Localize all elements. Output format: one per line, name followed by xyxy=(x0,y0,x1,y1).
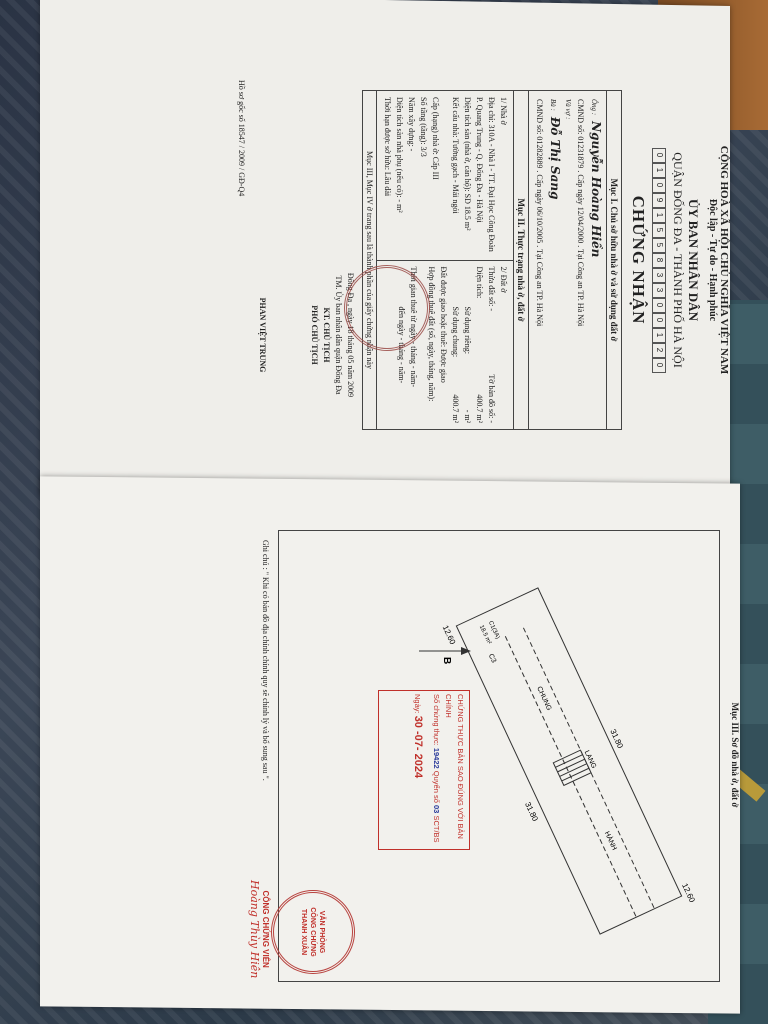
certificate-digit: 1 xyxy=(652,163,666,178)
svg-text:12.60: 12.60 xyxy=(441,624,458,646)
map-sheet: Tờ bản đồ số: - xyxy=(485,374,497,423)
house-address-2: P. Quang Trung - Q. Đống Đa - Hà Nội xyxy=(473,97,485,254)
allocation: Đất được giao hoặc thuê: Được giao xyxy=(437,267,449,424)
land-heading: 2/ Đất ở xyxy=(497,267,509,424)
certificate-digit: 9 xyxy=(652,193,666,208)
svg-text:12.60: 12.60 xyxy=(680,882,697,904)
shared-use: Sử dụng chung: xyxy=(449,307,461,358)
notary-role: CÔNG CHỨNG VIÊN xyxy=(261,880,270,978)
motto: Độc lập - Tự do - Hạnh phúc xyxy=(707,40,718,480)
section-3-title: Mục III. Sơ đồ nhà ở, đất ở xyxy=(730,530,740,980)
dossier-number: Hồ sơ gốc số 18547 / 2009 / GĐ-Q4 xyxy=(237,80,246,480)
certificate-digit: 1 xyxy=(652,328,666,343)
section-2: Mục II. Thực trạng nhà ở, đất ở 1/ Nhà ở… xyxy=(362,90,528,430)
plan-note: Ghi chú : " Khi có bản đồ địa chính chín… xyxy=(261,540,270,781)
svg-text:C3: C3 xyxy=(487,653,497,664)
ownership-term: Thời hạn được sở hữu: Lâu dài xyxy=(381,97,393,254)
page-title: CHỨNG NHẬN xyxy=(628,40,648,480)
svg-text:31.80: 31.80 xyxy=(608,728,625,750)
section-1-title: Mục I. Chủ sở hữu nhà ở và sử dụng đất ở xyxy=(606,91,621,429)
on-behalf: TM. Ủy ban nhân dân quận Đống Đa xyxy=(332,190,344,480)
office-line-1: VĂN PHÒNG xyxy=(318,907,327,956)
page-1-content: CỘNG HOÀ XÃ HỘI CHỦ NGHĨA VIỆT NAM Độc l… xyxy=(140,40,730,480)
section-1: Mục I. Chủ sở hữu nhà ở và sử dụng đất ở… xyxy=(528,90,622,430)
svg-text:CHUNG: CHUNG xyxy=(535,686,552,712)
area-value: 400.7 m² xyxy=(473,394,485,423)
book-suffix: SCT/BS xyxy=(432,815,441,842)
house-heading: 1/ Nhà ở xyxy=(497,97,509,254)
house-info: 1/ Nhà ở Địa chỉ: 310A - Nhà I - TT. Đại… xyxy=(377,91,513,260)
certificate-digit: 0 xyxy=(652,178,666,193)
stamp-heading: CHỨNG THỰC BẢN SAO ĐÚNG VỚI BẢN CHÍNH xyxy=(442,694,466,846)
certificate-digit: 5 xyxy=(652,238,666,253)
private-use: Sử dụng riêng: xyxy=(461,307,473,354)
certificate-number: 010915583300120 xyxy=(652,40,666,480)
signer-name: PHAN VIỆT TRUNG xyxy=(256,190,268,480)
spouse-label: Và vợ : xyxy=(561,99,574,421)
signer-role: PHÓ CHỦ TỊCH xyxy=(308,190,320,480)
svg-text:HÀNH: HÀNH xyxy=(603,830,620,852)
certificate-digit: 0 xyxy=(652,358,666,373)
cert-no-label: Số chứng thực: xyxy=(432,694,441,746)
aux-area: Diện tích sàn nhà phụ (nếu có): - m² xyxy=(393,97,405,254)
private-value: - m² xyxy=(461,410,473,423)
house-address: Địa chỉ: 310A - Nhà I - TT. Đại Học Công… xyxy=(485,97,497,254)
owner1-label: Ông : xyxy=(590,99,598,115)
kt-label: KT. CHỦ TỊCH xyxy=(320,190,332,480)
notary-name: Hoàng Thùy Hiên xyxy=(248,880,261,978)
government-seal-icon xyxy=(344,265,430,351)
section-2-footer: Mục III, Mục IV ở trang sau là thành phầ… xyxy=(363,91,377,429)
shared-value: 400.7 m² xyxy=(449,394,461,423)
date-label: Ngày: xyxy=(413,694,422,714)
parcel: Thửa đất số: - xyxy=(485,267,497,312)
certificate-digit: 3 xyxy=(652,268,666,283)
certificate-digit: 1 xyxy=(652,208,666,223)
section-2-title: Mục II. Thực trạng nhà ở, đất ở xyxy=(513,91,528,429)
book-no: 03 xyxy=(432,805,441,813)
office-line-3: THANH XUÂN xyxy=(300,907,309,956)
stamp-date: 30 -07- 2024 xyxy=(412,716,424,778)
floors: Số tầng (tầng): 3/3 xyxy=(417,97,429,254)
svg-text:31.80: 31.80 xyxy=(523,801,540,823)
header: CỘNG HOÀ XÃ HỘI CHỦ NGHĨA VIỆT NAM Độc l… xyxy=(628,40,730,480)
house-grade: Cấp (hạng) nhà ở: Cấp III xyxy=(429,97,441,254)
structure: Kết cấu nhà: Tường gạch - Mái ngói xyxy=(449,97,461,254)
lease-contract: Hợp đồng thuê đất (số, ngày, tháng, năm)… xyxy=(425,267,437,424)
notary-signature: CÔNG CHỨNG VIÊN Hoàng Thùy Hiên xyxy=(248,880,270,978)
certified-copy-stamp: CHỨNG THỰC BẢN SAO ĐÚNG VỚI BẢN CHÍNH Số… xyxy=(378,690,470,850)
signature-scribble xyxy=(268,190,308,480)
area-label: Diện tích: xyxy=(473,267,485,299)
certificate-digit: 0 xyxy=(652,313,666,328)
certificate-digit: 0 xyxy=(652,298,666,313)
district: QUẬN ĐỐNG ĐA - THÀNH PHỐ HÀ NỘI xyxy=(670,40,685,480)
authority: ỦY BAN NHÂN DÂN xyxy=(685,40,701,480)
certificate-digit: 0 xyxy=(652,148,666,163)
cert-no: 19422 xyxy=(432,748,441,769)
year-built: Năm xây dựng: - xyxy=(405,97,417,254)
owner1-id: CMND số: 01231879 . Cấp ngày 12/04/2000 … xyxy=(574,99,587,421)
owner1-name: Nguyễn Hoàng Hiền xyxy=(589,121,603,257)
certificate-digit: 5 xyxy=(652,223,666,238)
signature-block: Đống Đa , ngày 18 tháng 05 năm 2009 TM. … xyxy=(256,190,356,480)
republic-heading: CỘNG HOÀ XÃ HỘI CHỦ NGHĨA VIỆT NAM xyxy=(718,40,730,480)
owner2-label: Bà : xyxy=(549,99,557,111)
certificate-digit: 3 xyxy=(652,283,666,298)
floor-area: Diện tích sàn (nhà ở, căn hộ): SD 18.5 m… xyxy=(461,97,473,254)
owner2-name: Đỗ Thị Sang xyxy=(548,117,562,200)
book-label: Quyển số xyxy=(432,771,441,803)
certificate-digit: 8 xyxy=(652,253,666,268)
owner2-id: CMND số: 01282889 . Cấp ngày 06/10/2005 … xyxy=(533,99,546,421)
office-line-2: CÔNG CHỨNG xyxy=(309,907,318,956)
certificate-digit: 2 xyxy=(652,343,666,358)
svg-text:B: B xyxy=(441,657,452,664)
page-2-content: Mục III. Sơ đồ nhà ở, đất ở 12.60 31.80 … xyxy=(120,520,740,990)
notary-seal-icon: VĂN PHÒNGCÔNG CHỨNGTHANH XUÂN xyxy=(271,890,355,974)
